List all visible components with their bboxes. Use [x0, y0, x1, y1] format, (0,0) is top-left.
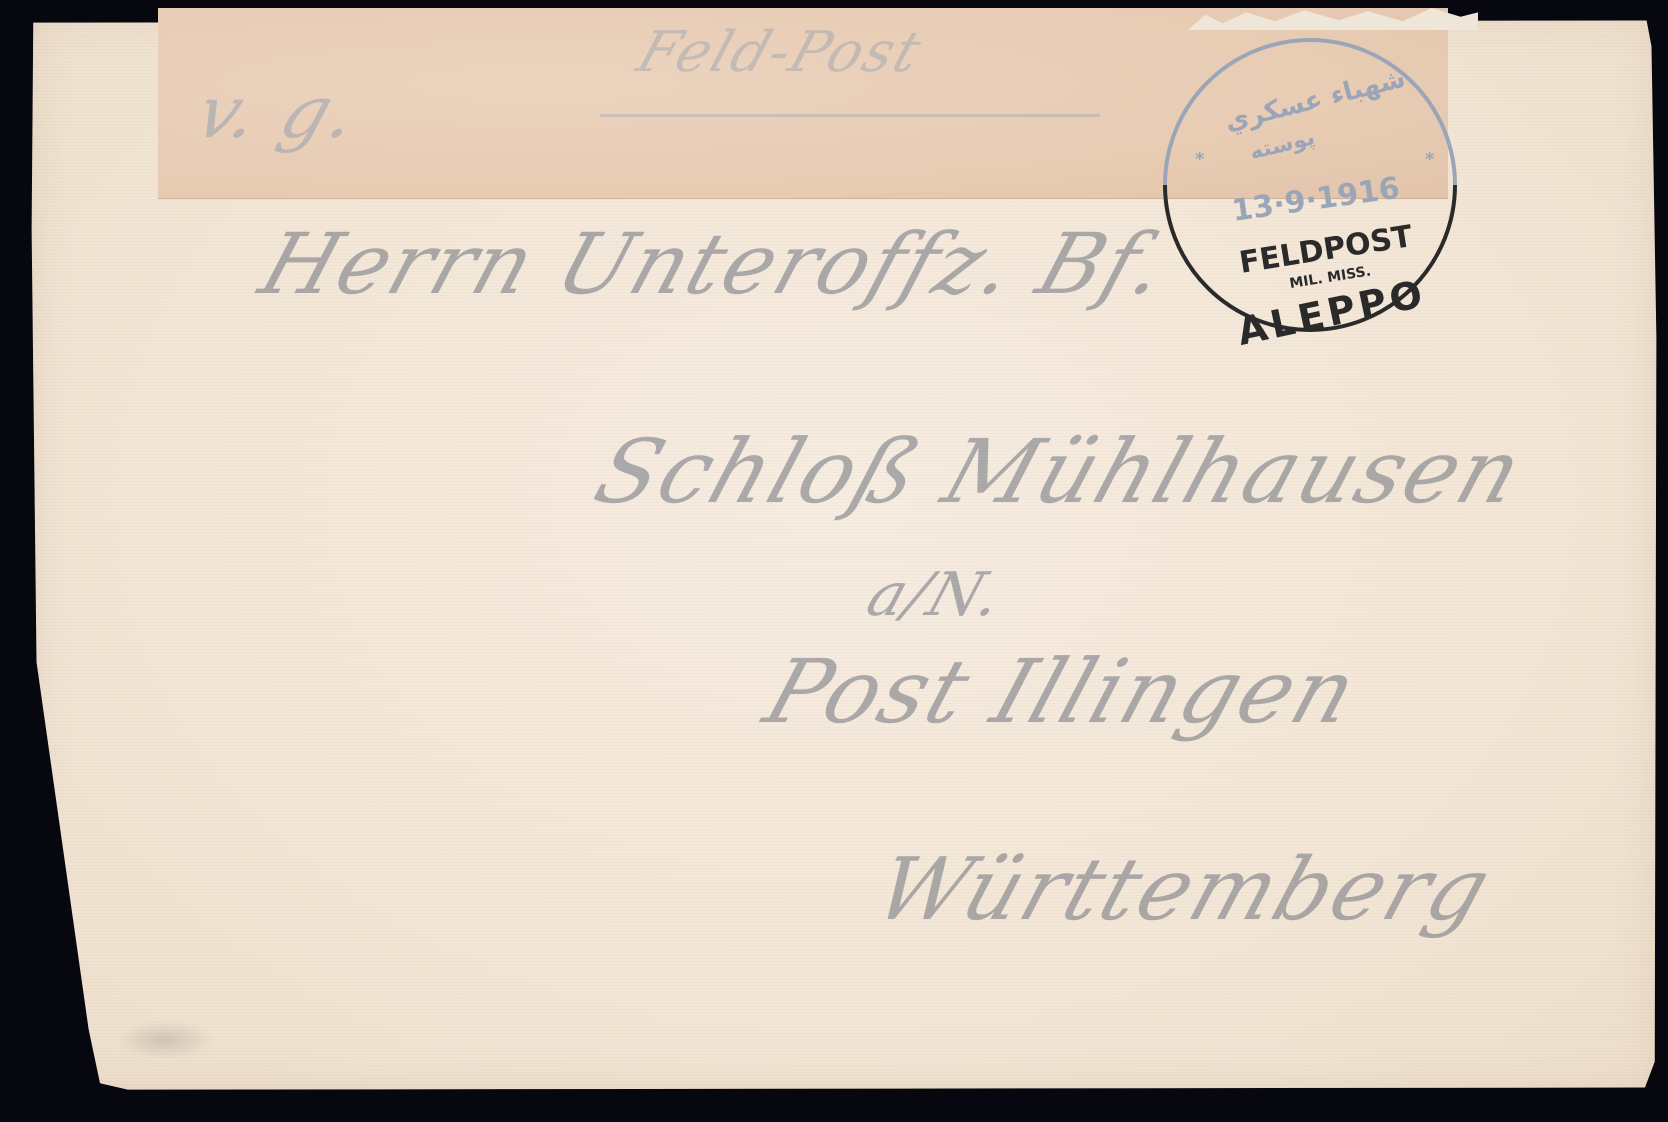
- address-line-4: Post Illingen: [753, 640, 1371, 743]
- svg-text:*: *: [1425, 149, 1435, 170]
- stain: [115, 1020, 215, 1060]
- tape-underline: [600, 114, 1100, 117]
- svg-text:*: *: [1195, 149, 1205, 170]
- postmark: ﺷﻬﺒﺎﺀ ﻋﺴﻜﺮﻱ ﭘﻮﺳﺘﻪ * * 13·9·1916 FELDPOST…: [1155, 30, 1465, 340]
- address-line-3: a/N.: [859, 560, 1013, 630]
- address-line-2: Schloß Mühlhausen: [583, 420, 1536, 523]
- censor-initials: v. g.: [186, 70, 370, 154]
- postmark-date: 13·9·1916: [1230, 171, 1402, 229]
- tape-note: Feld-Post: [629, 20, 930, 85]
- address-line-1: Herrn Unteroffz. Bf.: [249, 215, 1180, 313]
- address-line-5: Württemberg: [864, 840, 1504, 940]
- svg-text:ﺷﻬﺒﺎﺀ ﻋﺴﻜﺮﻱ: ﺷﻬﺒﺎﺀ ﻋﺴﻜﺮﻱ: [1222, 64, 1409, 138]
- postmark-stamp-icon: ﺷﻬﺒﺎﺀ ﻋﺴﻜﺮﻱ ﭘﻮﺳﺘﻪ * * 13·9·1916 FELDPOST…: [1155, 30, 1465, 340]
- svg-text:ﭘﻮﺳﺘﻪ: ﭘﻮﺳﺘﻪ: [1247, 125, 1317, 165]
